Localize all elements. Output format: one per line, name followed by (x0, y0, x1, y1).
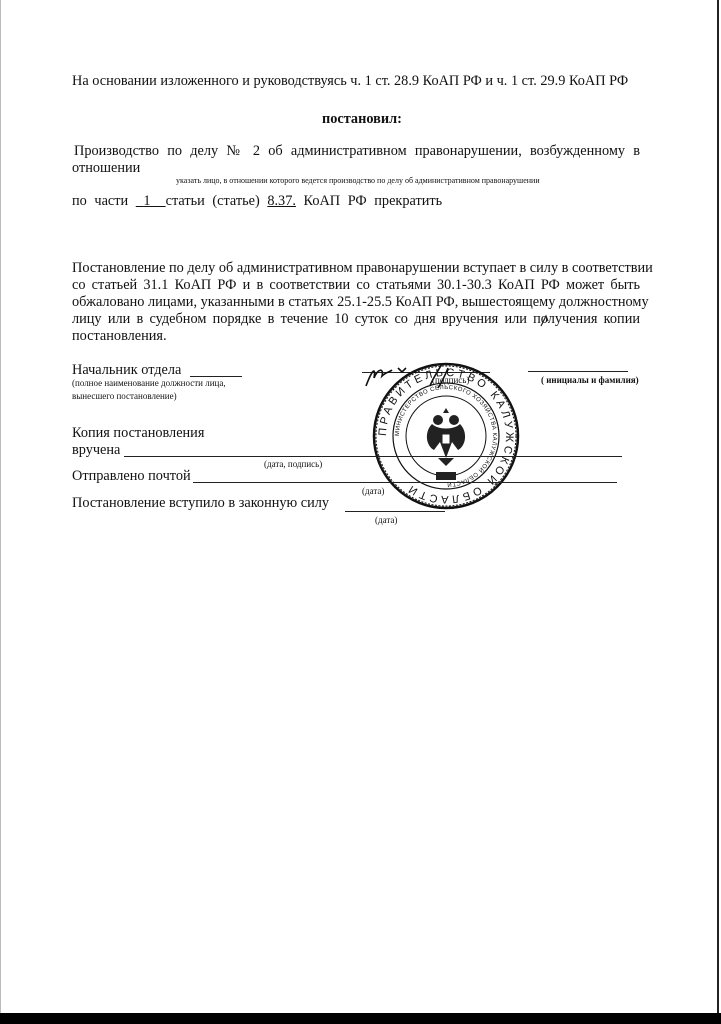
position-hint-1: (полное наименование должности лица, (72, 378, 226, 388)
appeal-line-4: лицу или в судебном порядке в течение 10… (72, 311, 640, 328)
entered-force-hint: (дата) (375, 515, 397, 525)
proceeding-line-2: отношении (72, 160, 140, 176)
entered-force-label: Постановление вступило в законную силу (72, 495, 329, 511)
name-line (528, 371, 628, 372)
basis-line: На основании изложенного и руководствуяс… (72, 73, 628, 89)
copy-delivered-label-2: вручена (72, 442, 120, 458)
article-word: статьи (статье) (166, 193, 260, 209)
part-number: 1 (136, 193, 166, 209)
copy-delivered-label-1: Копия постановления (72, 425, 204, 441)
official-stamp-icon: ПРАВИТЕЛЬСТВО КАЛУЖСКОЙ ОБЛАСТИ МИНИСТЕР… (372, 362, 520, 510)
page-edge-left (0, 0, 1, 1013)
appeal-line-3: обжаловано лицами, указанными в статьях … (72, 294, 640, 311)
page-edge-right (717, 0, 719, 1013)
person-hint: указать лицо, в отношении которого ведет… (176, 176, 540, 186)
part-article-line: по части 1 статьи (статье) 8.37. КоАП РФ… (72, 193, 442, 209)
signature-position: Начальник отдела (72, 362, 181, 378)
appeal-line-5: постановления. (72, 328, 167, 344)
appeal-line-1: Постановление по делу об административно… (72, 260, 640, 277)
sent-by-mail-label: Отправлено почтой (72, 468, 191, 484)
sent-by-mail-hint: (дата) (362, 486, 384, 496)
entered-force-line[interactable] (345, 511, 445, 512)
scan-bottom-strip (0, 1013, 721, 1024)
name-hint: ( инициалы и фамилия) (541, 375, 639, 385)
appeal-line-2: со статьей 31.1 КоАП РФ и в соответствии… (72, 277, 640, 294)
copy-delivered-line[interactable] (124, 456, 622, 457)
position-hint-2: вынесшего постановление) (72, 391, 177, 401)
proceeding-line-1: Производство по делу № 2 об администрати… (74, 143, 640, 160)
part-prefix: по части (72, 193, 128, 209)
copy-delivered-hint: (дата, подпись) (264, 459, 322, 469)
decree-heading: постановил: (322, 111, 402, 127)
code-suffix: КоАП РФ прекратить (304, 193, 443, 209)
handwritten-mark-icon (538, 312, 552, 328)
position-underline (190, 376, 242, 377)
article-number: 8.37. (267, 193, 296, 209)
sent-by-mail-line[interactable] (193, 482, 617, 483)
